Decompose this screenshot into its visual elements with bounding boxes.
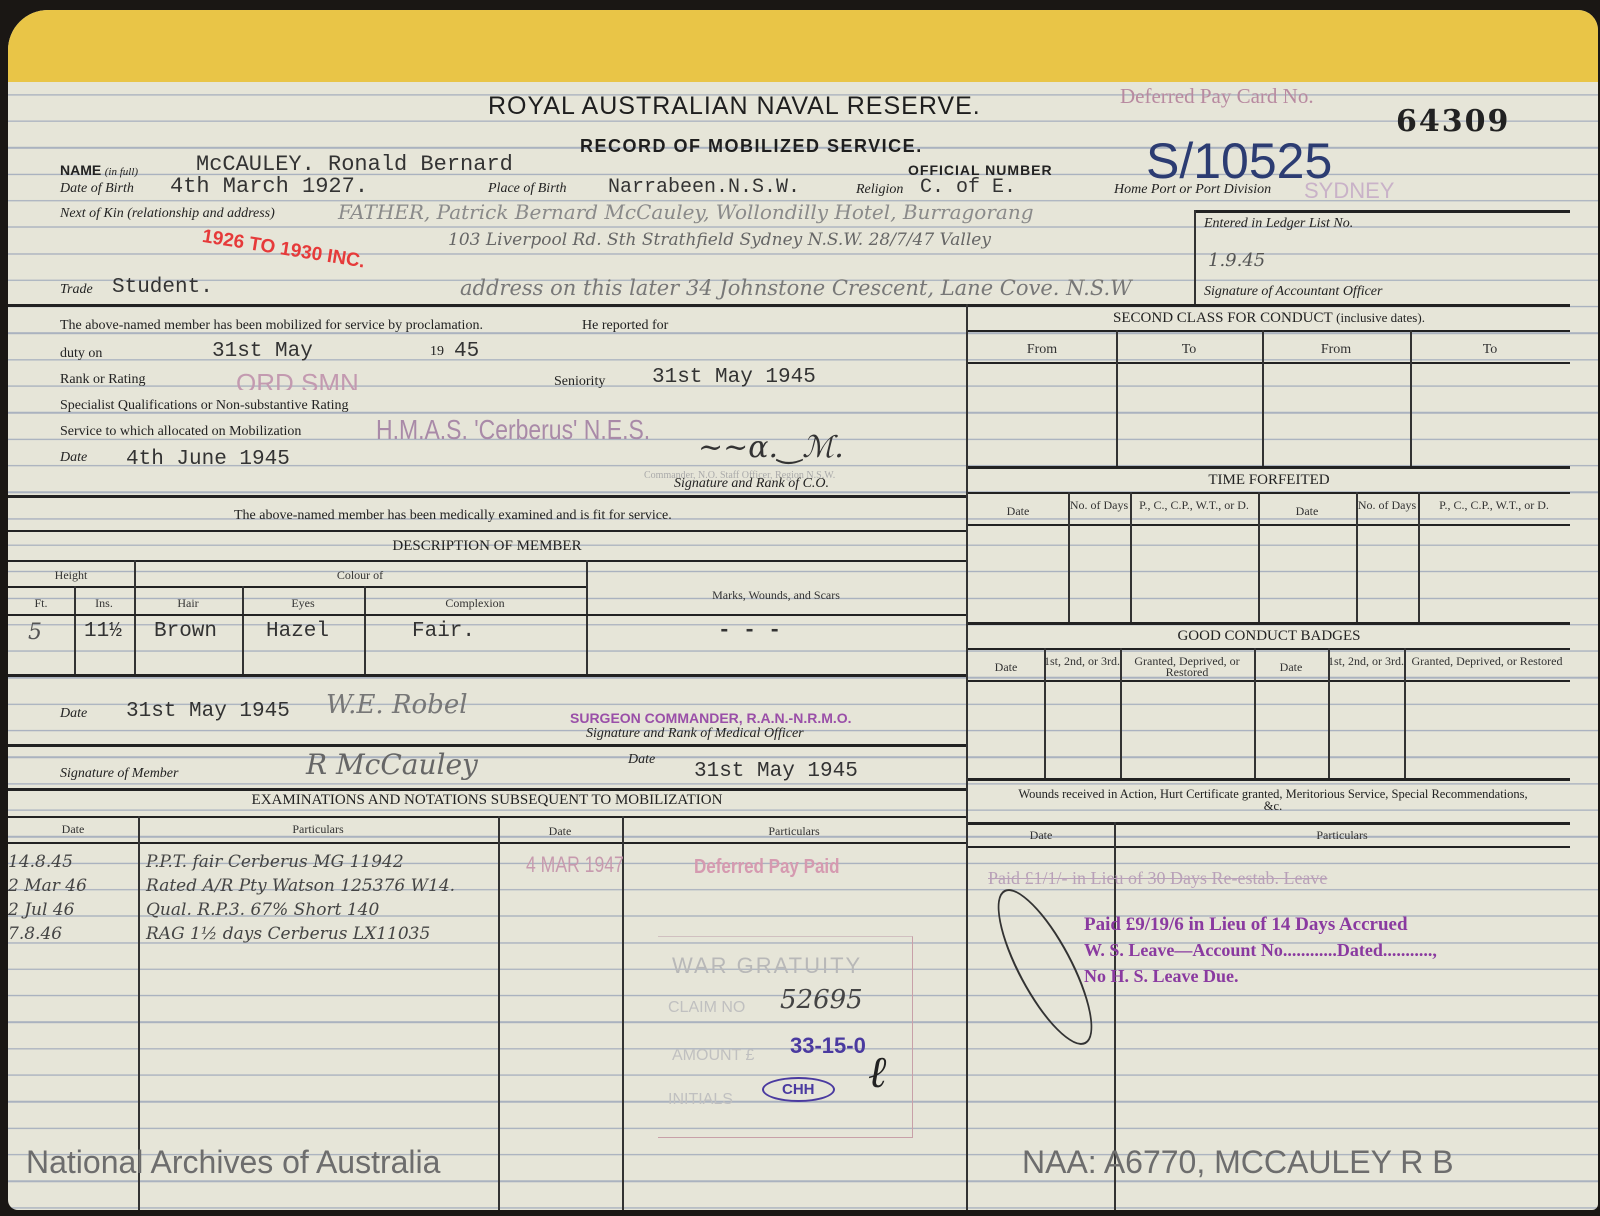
tf-days-header: No. of Days [1068, 500, 1130, 511]
initials-stamp: CHH [762, 1077, 835, 1102]
archive-watermark: National Archives of Australia [26, 1144, 440, 1181]
initials-signature: ℓ [868, 1047, 886, 1098]
name-label-suffix: (in full) [105, 166, 138, 178]
member-signature-label: Signature of Member [60, 766, 178, 782]
document-title: ROYAL AUSTRALIAN NAVAL RESERVE. [488, 92, 981, 121]
deferred-pay-paid-stamp: Deferred Pay Paid [694, 856, 840, 879]
gc-date-header-2: Date [1254, 662, 1328, 673]
hair-header: Hair [134, 598, 242, 609]
medical-statement: The above-named member has been medicall… [234, 508, 672, 524]
member-date-label: Date [628, 752, 655, 768]
seniority-value: 31st May 1945 [652, 366, 816, 389]
column-divider [966, 304, 968, 1210]
wounds-date-header: Date [968, 830, 1114, 841]
re-estab-leave-note: Paid £1/1/- in Lieu of 30 Days Re-estab.… [988, 868, 1327, 889]
dob-value: 4th March 1927. [170, 174, 368, 199]
medical-officer-rank: SURGEON COMMANDER, R.A.N.-N.R.M.O. [570, 710, 852, 726]
examinations-title: EXAMINATIONS AND NOTATIONS SUBSEQUENT TO… [8, 792, 966, 809]
ledger-entered-value: 1.9.45 [1208, 250, 1265, 271]
religion-value: C. of E. [920, 176, 1016, 199]
wounds-particulars-header: Particulars [1114, 830, 1570, 841]
yellow-header-band [8, 10, 1598, 82]
wounds-title: Wounds received in Action, Hurt Certific… [1008, 788, 1538, 812]
tf-days-header-2: No. of Days [1356, 500, 1418, 511]
complexion-header: Complexion [364, 598, 586, 609]
service-record-card: ROYAL AUSTRALIAN NAVAL RESERVE. RECORD O… [8, 10, 1598, 1210]
seniority-label: Seniority [554, 374, 605, 390]
second-class-to-2: To [1410, 344, 1570, 355]
nok-red-stamp: 1926 TO 1930 INC. [201, 226, 367, 273]
duty-on-label: duty on [60, 346, 102, 362]
service-value: H.M.A.S. 'Cerberus' N.E.S. [376, 414, 650, 446]
claim-no-value: 52695 [780, 985, 863, 1015]
ledger-entered-label: Entered in Ledger List No. [1204, 216, 1353, 232]
complexion-value: Fair. [412, 620, 475, 643]
name-label-group: NAME (in full) [60, 162, 138, 180]
mobilization-date-label: Date [60, 450, 87, 466]
deferred-pay-date-stamp: 4 MAR 1947 [526, 852, 624, 878]
duty-century: 19 [430, 344, 444, 360]
gc-status-header: Granted, Deprived, or Restored [1120, 656, 1254, 678]
duty-day: 31st May [212, 340, 313, 363]
pob-value: Narrabeen.N.S.W. [608, 176, 800, 199]
mobilization-statement: The above-named member has been mobilize… [60, 318, 483, 334]
rank-label: Rank or Rating [60, 372, 146, 388]
time-forfeited-title: TIME FORFEITED [968, 472, 1570, 489]
eyes-value: Hazel [266, 620, 329, 643]
exam-date-header: Date [8, 824, 138, 835]
medical-date: 31st May 1945 [126, 700, 290, 723]
pob-label: Place of Birth [488, 181, 567, 197]
member-signature: R McCauley [306, 748, 478, 781]
tf-date-header: Date [968, 506, 1068, 517]
height-header: Height [8, 570, 134, 581]
second-class-from-1: From [968, 344, 1116, 355]
eyes-header: Eyes [242, 598, 364, 609]
gc-class-header-2: 1st, 2nd, or 3rd. [1328, 656, 1404, 667]
co-signature: ~~ɑ.‿ℳ. [698, 430, 844, 465]
exam-particulars-header-2: Particulars [622, 826, 966, 837]
address-note: address on this later 34 Johnstone Cresc… [460, 276, 1132, 300]
nok-label: Next of Kin (relationship and address) [60, 206, 275, 222]
medical-officer-label: Signature and Rank of Medical Officer [586, 726, 804, 742]
nok-line1: FATHER, Patrick Bernard McCauley, Wollon… [338, 200, 1034, 224]
deferred-pay-card-label: Deferred Pay Card No. [1120, 84, 1314, 109]
tf-code-header-2: P., C., C.P., W.T., or D. [1418, 500, 1570, 511]
gc-status-header-2: Granted, Deprived, or Restored [1404, 656, 1570, 667]
tf-code-header: P., C., C.P., W.T., or D. [1130, 500, 1258, 511]
description-title: DESCRIPTION OF MEMBER [8, 538, 966, 555]
exam-date-header-2: Date [498, 826, 622, 837]
amount-label: AMOUNT £ [672, 1047, 754, 1065]
home-port-value: SYDNEY [1304, 178, 1394, 204]
nok-line2: 103 Liverpool Rd. Sth Strathfield Sydney… [448, 230, 991, 250]
reported-label: He reported for [582, 318, 668, 334]
archive-reference: NAA: A6770, MCCAULEY R B [1022, 1144, 1454, 1181]
accrued-leave-payment: Paid £9/19/6 in Lieu of 14 Days Accrued [1084, 914, 1408, 936]
deferred-pay-card-number: 64309 [1396, 104, 1510, 139]
amount-value: 33-15-0 [790, 1033, 866, 1059]
religion-label: Religion [856, 182, 903, 198]
exam-particulars-header: Particulars [138, 824, 498, 835]
medical-date-label: Date [60, 706, 87, 722]
second-class-to-1: To [1116, 344, 1262, 355]
home-port-label: Home Port or Port Division [1114, 182, 1271, 198]
height-ft-value: 5 [28, 620, 42, 645]
gc-date-header: Date [968, 662, 1044, 673]
tf-date-header-2: Date [1258, 506, 1356, 517]
claim-no-label: CLAIM NO [668, 999, 745, 1017]
name-label: NAME [60, 162, 101, 178]
ws-leave-account: W. S. Leave—Account No............Dated.… [1084, 940, 1437, 961]
co-signature-label: Signature and Rank of C.O. [674, 476, 829, 492]
colour-header: Colour of [134, 570, 586, 581]
initials-label: INITIALS [668, 1091, 733, 1109]
hs-leave-due: No H. S. Leave Due. [1084, 966, 1239, 987]
height-ins-value: 11½ [84, 620, 122, 643]
good-conduct-title: GOOD CONDUCT BADGES [968, 628, 1570, 645]
trade-label: Trade [60, 282, 93, 298]
second-class-title: SECOND CLASS FOR CONDUCT (inclusive date… [968, 310, 1570, 327]
specialist-label: Specialist Qualifications or Non-substan… [60, 398, 349, 414]
ins-header: Ins. [74, 598, 134, 609]
dob-label: Date of Birth [60, 181, 134, 197]
war-gratuity-title: WAR GRATUITY [672, 953, 862, 979]
marks-value: - - - [718, 620, 781, 643]
accountant-signature-label: Signature of Accountant Officer [1204, 284, 1382, 300]
marks-header: Marks, Wounds, and Scars [586, 590, 966, 601]
second-class-from-2: From [1262, 344, 1410, 355]
member-date: 31st May 1945 [694, 760, 858, 783]
duty-year: 45 [454, 340, 479, 363]
service-label: Service to which allocated on Mobilizati… [60, 424, 301, 440]
mobilization-date: 4th June 1945 [126, 448, 290, 471]
trade-value: Student. [112, 276, 213, 299]
ft-header: Ft. [8, 598, 74, 609]
document-subtitle: RECORD OF MOBILIZED SERVICE. [580, 136, 923, 157]
gc-class-header: 1st, 2nd, or 3rd. [1044, 656, 1120, 667]
medical-officer-signature: W.E. Robel [326, 690, 468, 720]
rank-value: ORD SMN [236, 368, 359, 390]
hair-value: Brown [154, 620, 217, 643]
war-gratuity-stamp: WAR GRATUITY CLAIM NO 52695 AMOUNT £ 33-… [658, 936, 913, 1138]
